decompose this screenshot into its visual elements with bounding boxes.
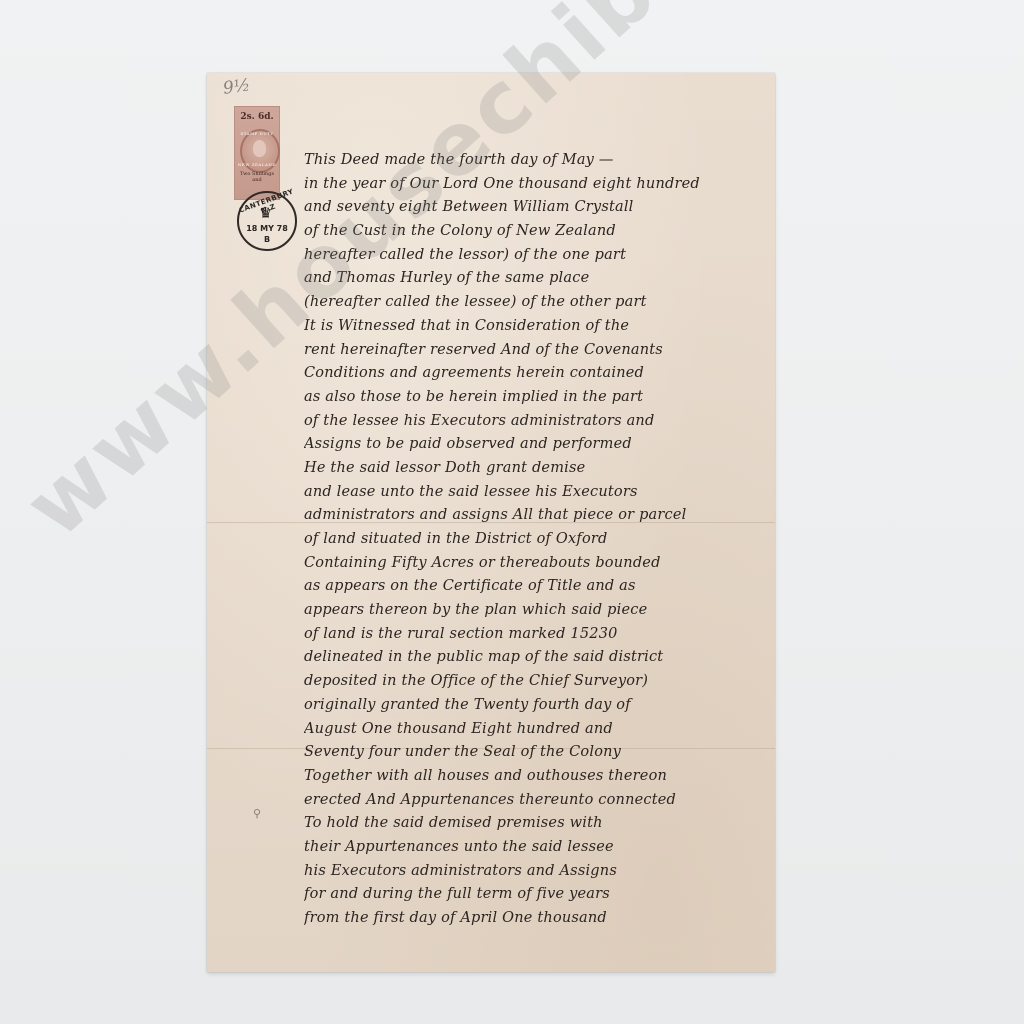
text-line: deposited in the Office of the Chief Sur… [304,670,769,694]
text-line: as appears on the Certificate of Title a… [304,575,769,599]
text-line: (hereafter called the lessee) of the oth… [304,291,769,315]
text-line: This Deed made the fourth day of May — [304,149,769,173]
text-line: hereafter called the lessor) of the one … [304,244,769,268]
text-line: from the first day of April One thousand [304,907,769,931]
stamp-ring-top: STAMP DUTY [235,131,279,136]
text-line: of the Cust in the Colony of New Zealand [304,220,769,244]
text-line: administrators and assigns All that piec… [304,504,769,528]
text-line: Assigns to be paid observed and performe… [304,433,769,457]
text-line: August One thousand Eight hundred and [304,718,769,742]
text-line: for and during the full term of five yea… [304,883,769,907]
text-line: their Appurtenances unto the said lessee [304,836,769,860]
text-line: Seventy four under the Seal of the Colon… [304,741,769,765]
crown-icon: ♛ [259,206,272,221]
text-line: He the said lessor Doth grant demise [304,457,769,481]
pencil-annotation: 9½ [222,75,252,99]
text-line: of land is the rural section marked 1523… [304,623,769,647]
revenue-stamp: 2s. 6d. STAMP DUTY NEW ZEALAND Two Shill… [234,106,280,200]
text-line: of the lessee his Executors administrato… [304,410,769,434]
text-line: Conditions and agreements herein contain… [304,362,769,386]
text-line: of land situated in the District of Oxfo… [304,528,769,552]
text-line: delineated in the public map of the said… [304,646,769,670]
text-line: To hold the said demised premises with [304,812,769,836]
text-line: erected And Appurtenances thereunto conn… [304,789,769,813]
stamp-words: Two Shillings and [235,171,279,183]
text-line: and seventy eight Between William Crysta… [304,196,769,220]
photo-scene: 9½ 2s. 6d. STAMP DUTY NEW ZEALAND Two Sh… [0,0,1024,1024]
text-line: rent hereinafter reserved And of the Cov… [304,339,769,363]
postmark-date: 18 MY 78 [239,224,295,233]
postmark: CANTERBURY N.Z ♛ 18 MY 78 B [237,191,297,251]
text-line: originally granted the Twenty fourth day… [304,694,769,718]
text-line: his Executors administrators and Assigns [304,860,769,884]
text-line: Containing Fifty Acres or thereabouts bo… [304,552,769,576]
text-line: in the year of Our Lord One thousand eig… [304,173,769,197]
text-line: as also those to be herein implied in th… [304,386,769,410]
deed-paper: 9½ 2s. 6d. STAMP DUTY NEW ZEALAND Two Sh… [207,73,775,972]
text-line: It is Witnessed that in Consideration of… [304,315,769,339]
text-line: Together with all houses and outhouses t… [304,765,769,789]
stamp-ring-bottom: NEW ZEALAND [235,162,279,167]
text-line: and lease unto the said lessee his Execu… [304,481,769,505]
text-line: and Thomas Hurley of the same place [304,267,769,291]
text-line: appears thereon by the plan which said p… [304,599,769,623]
handwritten-text: This Deed made the fourth day of May — i… [304,149,769,931]
margin-mark-icon: ⚲ [253,807,261,820]
postmark-code: B [239,235,295,244]
stamp-value: 2s. 6d. [235,112,279,122]
